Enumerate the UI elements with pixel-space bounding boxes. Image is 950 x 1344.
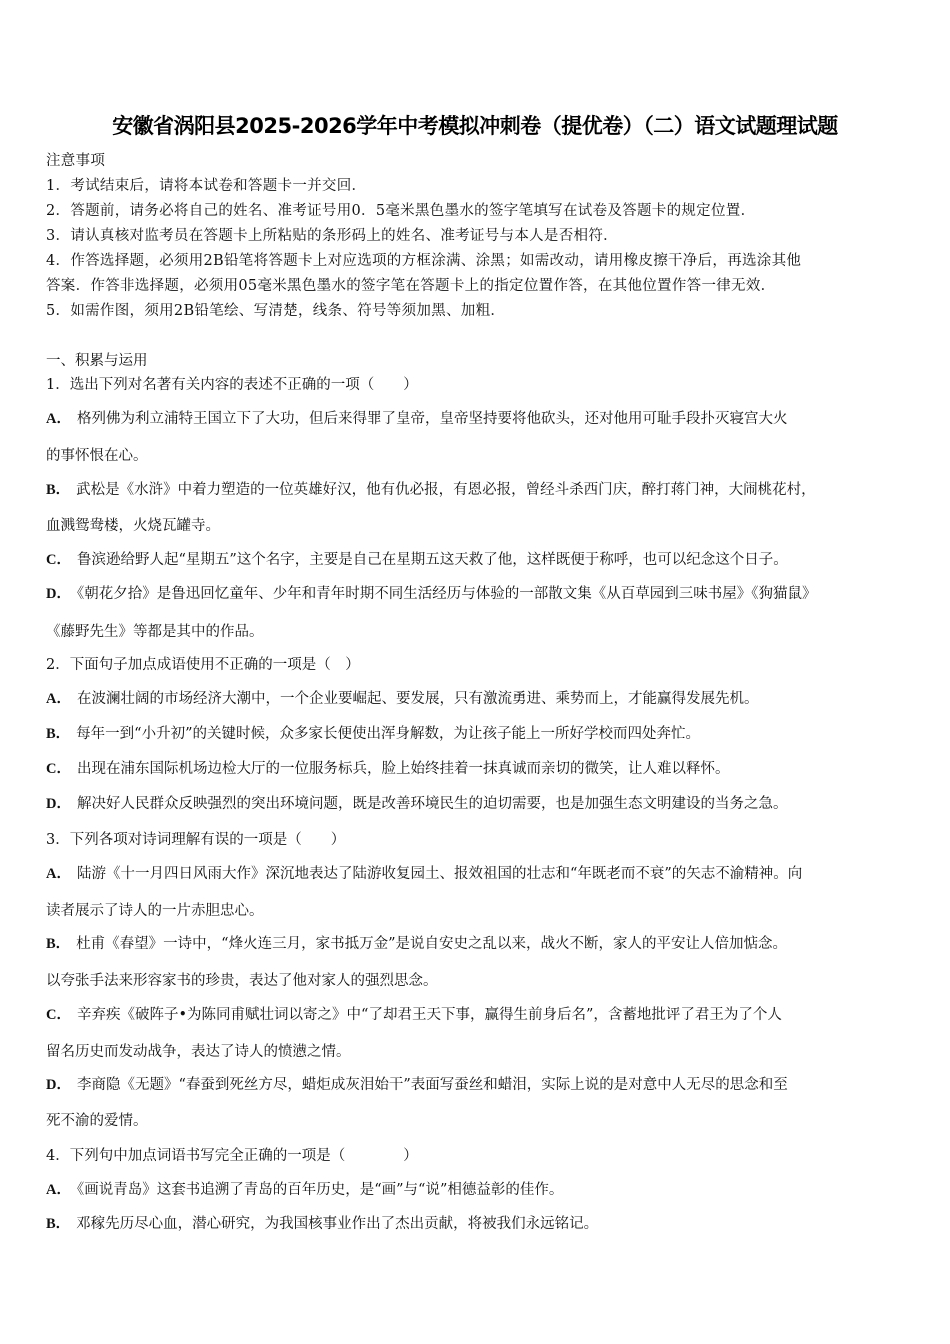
option-label: A． xyxy=(46,691,71,707)
option-line: 死不渝的爱情。 xyxy=(46,1111,148,1131)
question-stem: 3．下列各项对诗词理解有误的一项是（ ） xyxy=(46,830,345,850)
option-line: 的事怀恨在心。 xyxy=(46,446,148,466)
option-line: A．《画说青岛》这套书追溯了青岛的百年历史，是“画”与“说”相德益彰的佳作。 xyxy=(46,1180,563,1200)
section-heading: 一、积累与运用 xyxy=(46,351,148,371)
document-title: 安徽省涡阳县2025-2026学年中考模拟冲刺卷（提优卷）（二）语文试题理试题 xyxy=(0,110,950,140)
option-line: B．武松是《水浒》中着力塑造的一位英雄好汉，他有仇必报，有恩必报，曾经斗杀西门庆… xyxy=(46,480,816,500)
option-text: 李商隐《无题》“春蚕到死丝方尽，蜡炬成灰泪始干”表面写蚕丝和蜡泪，实际上说的是对… xyxy=(77,1077,788,1093)
option-label: B． xyxy=(46,936,70,952)
option-label: C． xyxy=(46,1007,71,1023)
option-text: 《画说青岛》这套书追溯了青岛的百年历史，是“画”与“说”相德益彰的佳作。 xyxy=(77,1182,563,1198)
option-text: 解决好人民群众反映强烈的突出环境问题，既是改善环境民生的迫切需要，也是加强生态文… xyxy=(77,796,788,812)
question-stem: 2．下面句子加点成语使用不正确的一项是（ ） xyxy=(46,655,360,675)
option-line: D．解决好人民群众反映强烈的突出环境问题，既是改善环境民生的迫切需要，也是加强生… xyxy=(46,794,787,814)
notice-line: 5．如需作图，须用2B铅笔绘、写清楚，线条、符号等须加黑、加粗． xyxy=(46,301,505,321)
option-line: A．陆游《十一月四日风雨大作》深沉地表达了陆游收复园土、报效祖国的壮志和“年既老… xyxy=(46,864,802,884)
option-line: 《藤野先生》等都是其中的作品。 xyxy=(46,622,264,642)
notice-line: 4．作答选择题，必须用2B铅笔将答题卡上对应选项的方框涂满、涂黑；如需改动，请用… xyxy=(46,251,801,271)
option-line: A．在波澜壮阔的市场经济大潮中，一个企业要崛起、要发展，只有激流勇进、乘势而上，… xyxy=(46,689,758,709)
option-label: A． xyxy=(46,1182,71,1198)
option-line: B．杜甫《春望》一诗中，“烽火连三月，家书抵万金”是说自安史之乱以来，战火不断，… xyxy=(46,934,787,954)
option-text: 格列佛为利立浦特王国立下了大功，但后来得罪了皇帝，皇帝坚持要将他砍头，还对他用可… xyxy=(77,411,788,427)
notice-line: 1．考试结束后，请将本试卷和答题卡一并交回． xyxy=(46,176,366,196)
option-text: 辛弃疾《破阵子•为陈同甫赋壮词以寄之》中“了却君王天下事，赢得生前身后名”，含蓄… xyxy=(77,1007,782,1023)
option-line: C．鲁滨逊给野人起“星期五”这个名字，主要是自己在星期五这天救了他，这样既便于称… xyxy=(46,550,788,570)
option-label: D． xyxy=(46,586,71,602)
option-label: D． xyxy=(46,796,71,812)
exam-page: 安徽省涡阳县2025-2026学年中考模拟冲刺卷（提优卷）（二）语文试题理试题 … xyxy=(0,0,950,1344)
option-text: 杜甫《春望》一诗中，“烽火连三月，家书抵万金”是说自安史之乱以来，战火不断，家人… xyxy=(76,936,787,952)
option-line: D．《朝花夕拾》是鲁迅回忆童年、少年和青年时期不同生活经历与体验的一部散文集《从… xyxy=(46,584,816,604)
option-line: D．李商隐《无题》“春蚕到死丝方尽，蜡炬成灰泪始干”表面写蚕丝和蜡泪，实际上说的… xyxy=(46,1075,788,1095)
option-text: 出现在浦东国际机场边检大厅的一位服务标兵，脸上始终挂着一抹真诚而亲切的微笑，让人… xyxy=(77,761,730,777)
option-text: 邓稼先历尽心血，潜心研究，为我国核事业作出了杰出贡献，将被我们永远铭记。 xyxy=(76,1216,598,1232)
notice-line: 2．答题前，请务必将自己的姓名、准考证号用0．5毫米黑色墨水的签字笔填写在试卷及… xyxy=(46,201,755,221)
option-line: B．邓稼先历尽心血，潜心研究，为我国核事业作出了杰出贡献，将被我们永远铭记。 xyxy=(46,1214,598,1234)
option-label: C． xyxy=(46,552,71,568)
option-label: C． xyxy=(46,761,71,777)
option-label: D． xyxy=(46,1077,71,1093)
option-label: B． xyxy=(46,482,70,498)
option-line: 读者展示了诗人的一片赤胆忠心。 xyxy=(46,901,264,921)
option-label: B． xyxy=(46,726,70,742)
option-text: 鲁滨逊给野人起“星期五”这个名字，主要是自己在星期五这天救了他，这样既便于称呼，… xyxy=(77,552,788,568)
option-label: B． xyxy=(46,1216,70,1232)
option-line: 留名历史而发动战争，表达了诗人的愤懑之情。 xyxy=(46,1042,351,1062)
option-line: 血溅鸳鸯楼，火烧瓦罐寺。 xyxy=(46,516,220,536)
option-label: A． xyxy=(46,866,71,882)
option-line: C．辛弃疾《破阵子•为陈同甫赋壮词以寄之》中“了却君王天下事，赢得生前身后名”，… xyxy=(46,1005,782,1025)
option-label: A． xyxy=(46,411,71,427)
notice-line: 3．请认真核对监考员在答题卡上所粘贴的条形码上的姓名、准考证号与本人是否相符． xyxy=(46,226,618,246)
option-line: C．出现在浦东国际机场边检大厅的一位服务标兵，脸上始终挂着一抹真诚而亲切的微笑，… xyxy=(46,759,729,779)
option-text: 每年一到“小升初”的关键时候，众多家长便使出浑身解数，为让孩子能上一所好学校而四… xyxy=(76,726,700,742)
option-text: 武松是《水浒》中着力塑造的一位英雄好汉，他有仇必报，有恩必报，曾经斗杀西门庆，醉… xyxy=(76,482,816,498)
notice-heading: 注意事项 xyxy=(46,151,105,171)
option-line: 以夸张手法来形容家书的珍贵，表达了他对家人的强烈思念。 xyxy=(46,971,438,991)
option-text: 《朝花夕拾》是鲁迅回忆童年、少年和青年时期不同生活经历与体验的一部散文集《从百草… xyxy=(77,586,817,602)
option-line: A．格列佛为利立浦特王国立下了大功，但后来得罪了皇帝，皇帝坚持要将他砍头，还对他… xyxy=(46,409,787,429)
option-line: B．每年一到“小升初”的关键时候，众多家长便使出浑身解数，为让孩子能上一所好学校… xyxy=(46,724,700,744)
notice-line: 答案．作答非选择题，必须用05毫米黑色墨水的签字笔在答题卡上的指定位置作答，在其… xyxy=(46,276,775,296)
question-stem: 1．选出下列对名著有关内容的表述不正确的一项（ ） xyxy=(46,375,418,395)
option-text: 陆游《十一月四日风雨大作》深沉地表达了陆游收复园土、报效祖国的壮志和“年既老而不… xyxy=(77,866,802,882)
question-stem: 4．下列句中加点词语书写完全正确的一项是（ ） xyxy=(46,1146,418,1166)
option-text: 在波澜壮阔的市场经济大潮中，一个企业要崛起、要发展，只有激流勇进、乘势而上，才能… xyxy=(77,691,759,707)
